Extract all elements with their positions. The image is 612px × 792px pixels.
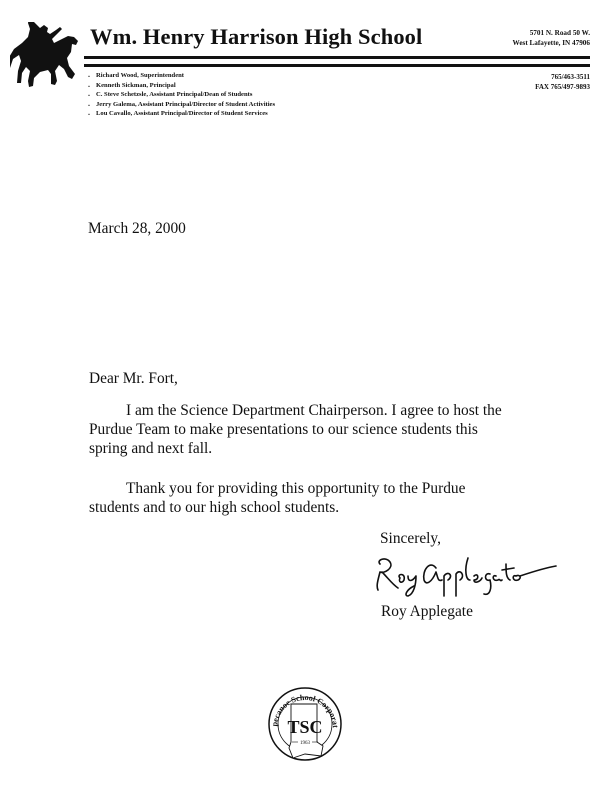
school-name: Wm. Henry Harrison High School (90, 24, 422, 50)
bullet-icon: . (88, 71, 96, 80)
staff-item: .Jerry Galema, Assistant Principal/Direc… (88, 100, 275, 110)
staff-item: .Lou Cavallo, Assistant Principal/Direct… (88, 109, 275, 119)
bullet-icon: . (88, 100, 96, 109)
bullet-icon: . (88, 90, 96, 99)
staff-item: .Richard Wood, Superintendent (88, 71, 275, 81)
phone-number: 765/463-3511 (535, 72, 590, 82)
address-line-2: West Lafayette, IN 47906 (513, 39, 590, 49)
school-seal-icon: Tippecanoe School Corporation TSC 1963 (265, 682, 345, 768)
seal-year: 1963 (300, 741, 311, 746)
paragraph-1: I am the Science Department Chairperson.… (89, 401, 502, 458)
contact-numbers: 765/463-3511 FAX 765/497-9893 (535, 72, 590, 92)
fax-number: FAX 765/497-9893 (535, 82, 590, 92)
paragraph-1-line: I am the Science Department Chairperson.… (89, 401, 502, 420)
header-rule-bottom (84, 64, 590, 67)
paragraph-2: Thank you for providing this opportunity… (89, 479, 465, 517)
seal-center-text: TSC (287, 717, 322, 737)
letter-date: March 28, 2000 (88, 219, 186, 238)
address-line-1: 5701 N. Road 50 W. (513, 29, 590, 39)
paragraph-1-line: Purdue Team to make presentations to our… (89, 420, 502, 439)
bullet-icon: . (88, 81, 96, 90)
signature-icon (372, 550, 562, 598)
signer-name: Roy Applegate (381, 602, 473, 621)
paragraph-2-line: students and to our high school students… (89, 498, 465, 517)
horse-rider-logo-icon (10, 22, 82, 100)
salutation: Dear Mr. Fort, (89, 369, 178, 388)
school-address: 5701 N. Road 50 W. West Lafayette, IN 47… (513, 29, 590, 48)
staff-item: .C. Steve Schetzsle, Assistant Principal… (88, 90, 275, 100)
paragraph-2-line: Thank you for providing this opportunity… (89, 479, 465, 498)
header-rule-top (84, 56, 590, 59)
staff-item: .Kenneth Sickman, Principal (88, 81, 275, 91)
closing: Sincerely, (380, 529, 441, 548)
staff-list: .Richard Wood, Superintendent .Kenneth S… (88, 71, 275, 119)
bullet-icon: . (88, 109, 96, 118)
paragraph-1-line: spring and next fall. (89, 439, 502, 458)
